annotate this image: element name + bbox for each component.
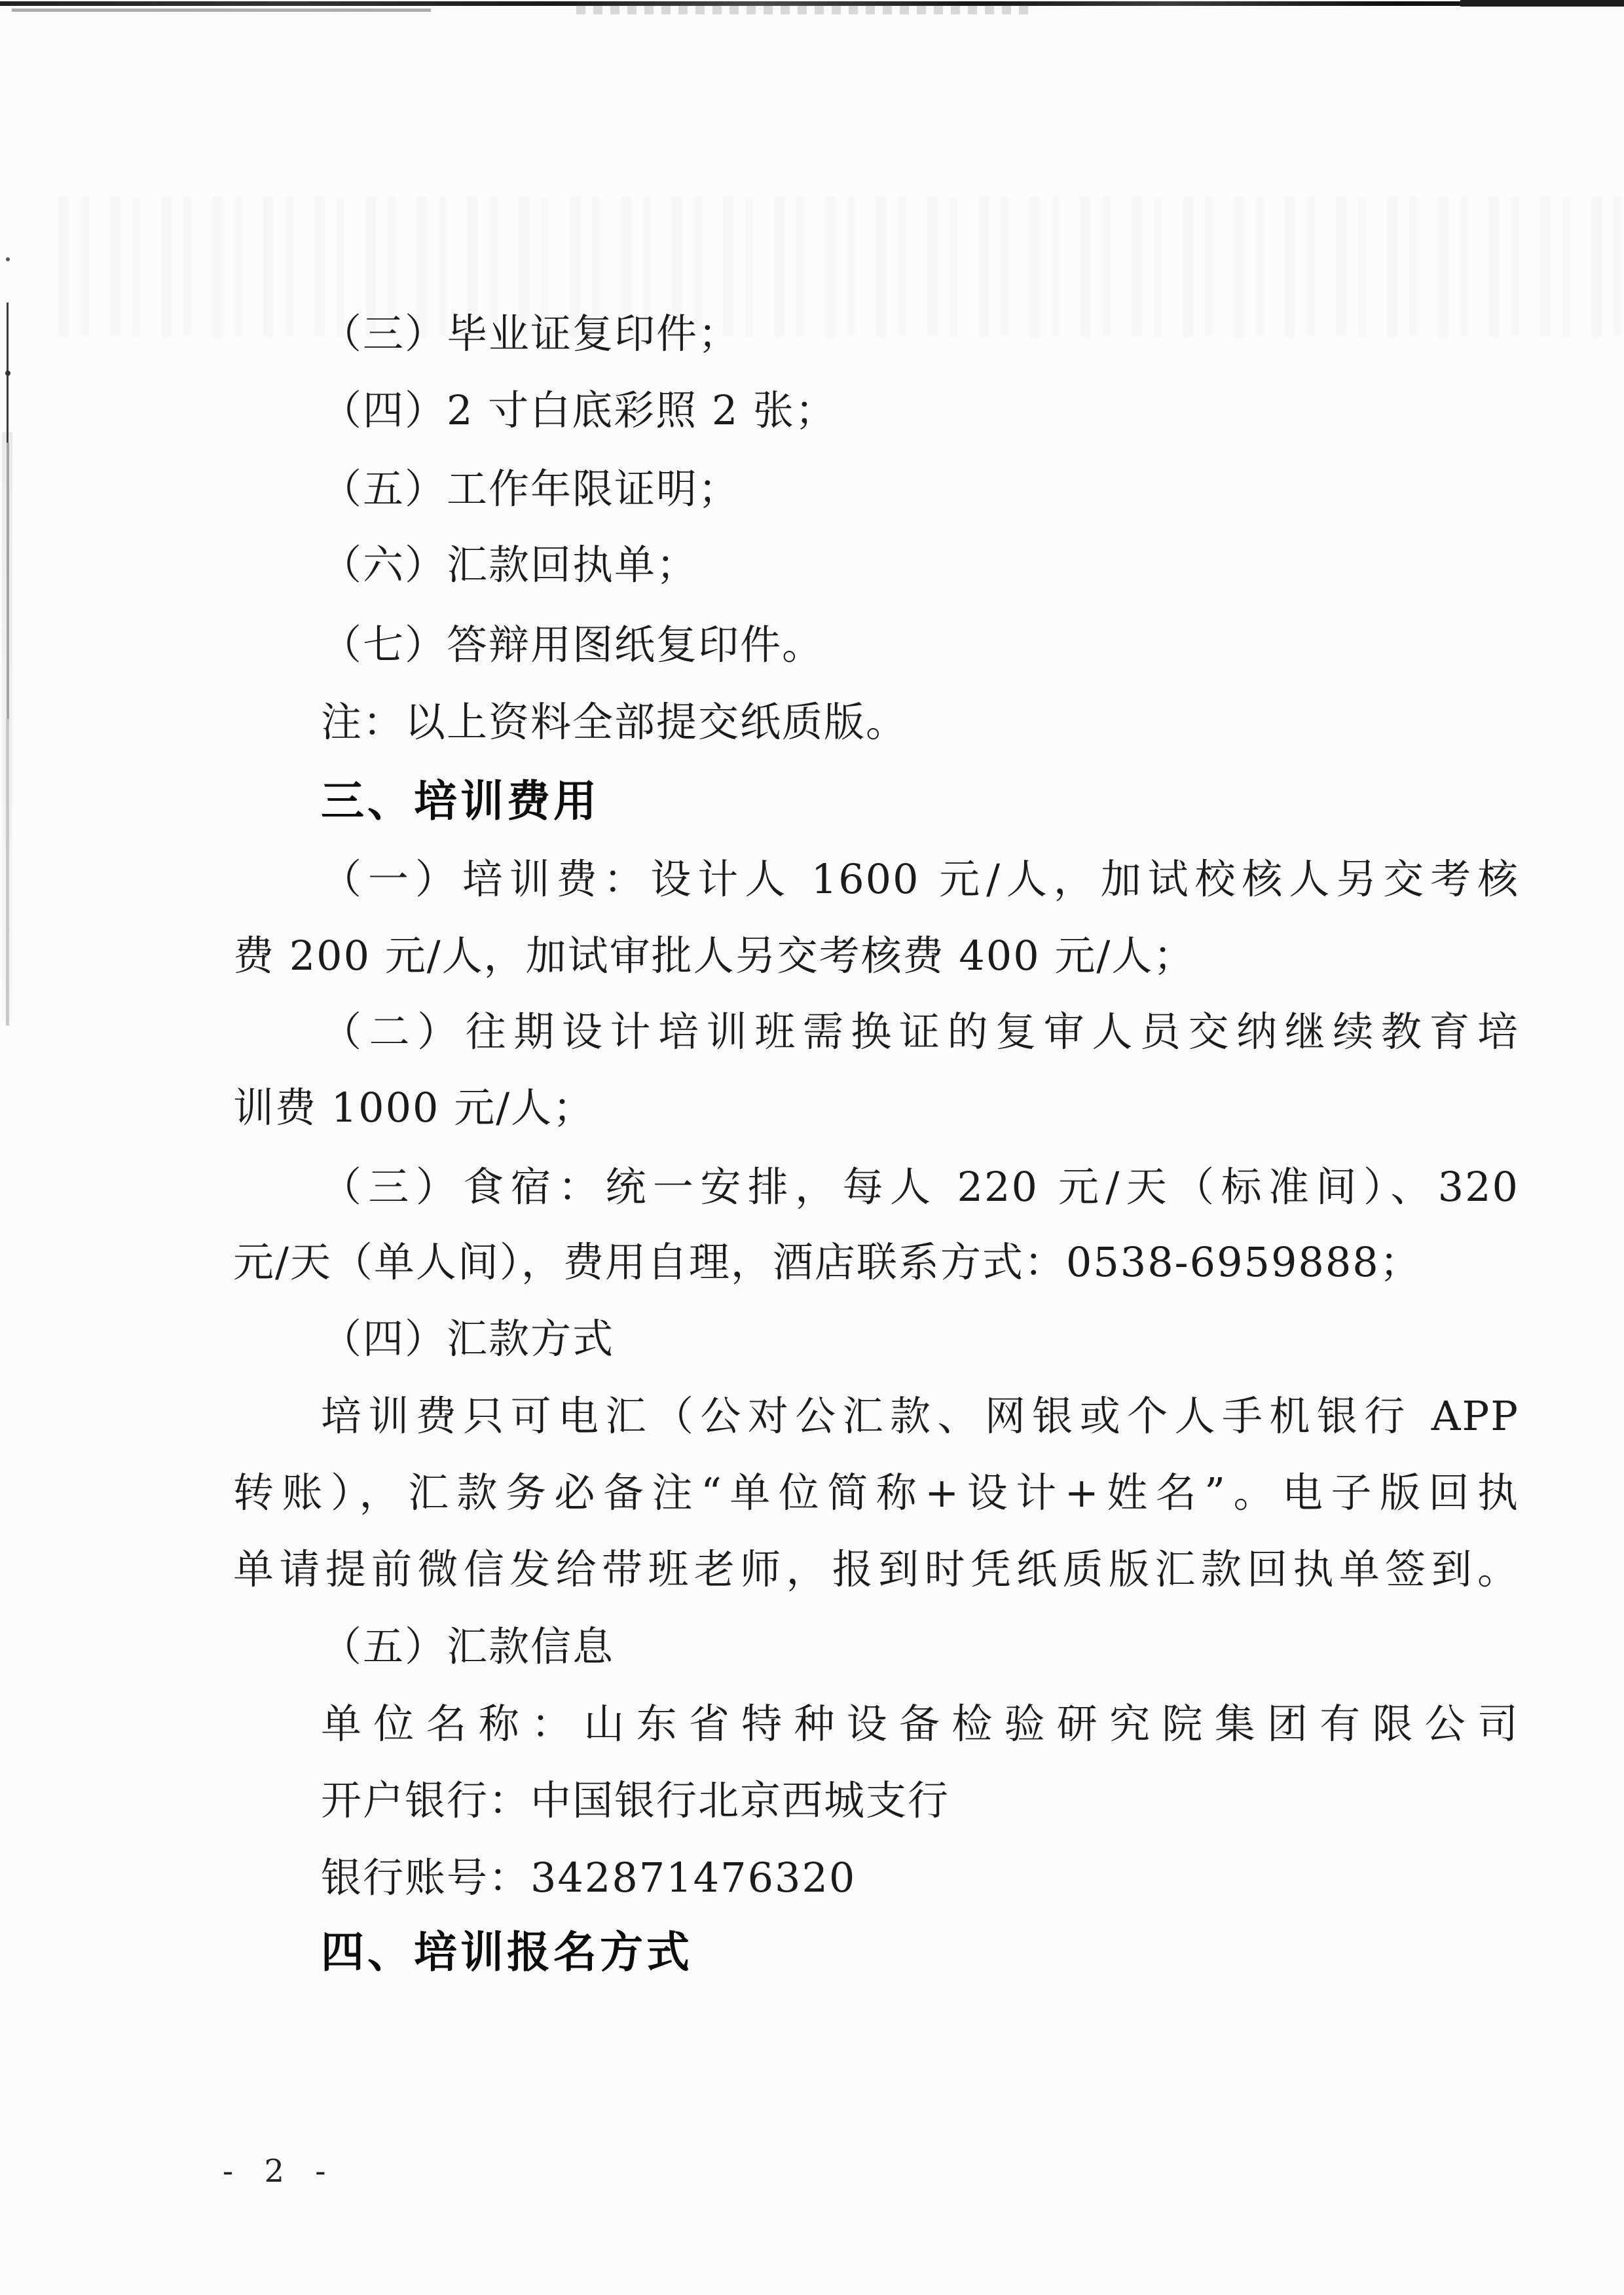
scan-artifact-left-line-light: [6, 719, 9, 1025]
remit-paragraph-line-2: 转账），汇款务必备注“单位简称+设计+姓名”。电子版回执: [233, 1457, 1519, 1529]
attachment-item-5: （五）工作年限证明；: [233, 453, 1519, 525]
scan-artifact-dot: [5, 371, 10, 376]
attachment-item-3: （三）毕业证复印件；: [233, 298, 1519, 370]
remit-info-account: 银行账号：342871476320: [233, 1842, 1519, 1914]
scan-artifact-dot: [6, 257, 10, 261]
scan-artifact-top-line: [12, 9, 431, 12]
scan-artifact-top-right-edge: [1460, 0, 1624, 7]
remit-info-bank: 开户银行：中国银行北京西城支行: [233, 1765, 1519, 1837]
fee-item-3-line-1: （三）食宿：统一安排，每人 220 元/天（标准间）、320: [233, 1151, 1519, 1223]
section-heading-signup: 四、培训报名方式: [233, 1916, 1519, 1988]
fee-item-2-line-2: 训费 1000 元/人；: [233, 1072, 1519, 1144]
fee-item-1-line-2: 费 200 元/人，加试审批人另交考核费 400 元/人；: [233, 920, 1519, 992]
scan-artifact-left-line-gray: [7, 443, 9, 720]
remit-paragraph-line-3: 单请提前微信发给带班老师，报到时凭纸质版汇款回执单签到。: [233, 1533, 1519, 1606]
fee-item-4-heading: （四）汇款方式: [233, 1303, 1519, 1375]
fee-item-3-line-2: 元/天（单人间），费用自理，酒店联系方式：0538-6959888；: [233, 1226, 1519, 1298]
attachment-item-6: （六）汇款回执单；: [233, 529, 1519, 601]
fee-item-1-line-1: （一）培训费：设计人 1600 元/人，加试校核人另交考核: [233, 843, 1519, 915]
scan-artifact-top-smudge: [576, 5, 1028, 14]
note-line: 注：以上资料全部提交纸质版。: [233, 686, 1519, 758]
remit-paragraph-line-1: 培训费只可电汇（公对公汇款、网银或个人手机银行 APP: [233, 1380, 1519, 1452]
remit-info-company: 单位名称：山东省特种设备检验研究院集团有限公司: [233, 1688, 1519, 1760]
fee-item-5-heading: （五）汇款信息: [233, 1611, 1519, 1683]
document-page: （三）毕业证复印件； （四）2 寸白底彩照 2 张； （五）工作年限证明； （六…: [0, 0, 1624, 2295]
attachment-item-7: （七）答辩用图纸复印件。: [233, 609, 1519, 681]
fee-item-2-line-1: （二）往期设计培训班需换证的复审人员交纳继续教育培: [233, 996, 1519, 1068]
attachment-item-4: （四）2 寸白底彩照 2 张；: [233, 375, 1519, 447]
page-number: - 2 -: [223, 2152, 337, 2191]
section-heading-fees: 三、培训费用: [233, 765, 1519, 837]
